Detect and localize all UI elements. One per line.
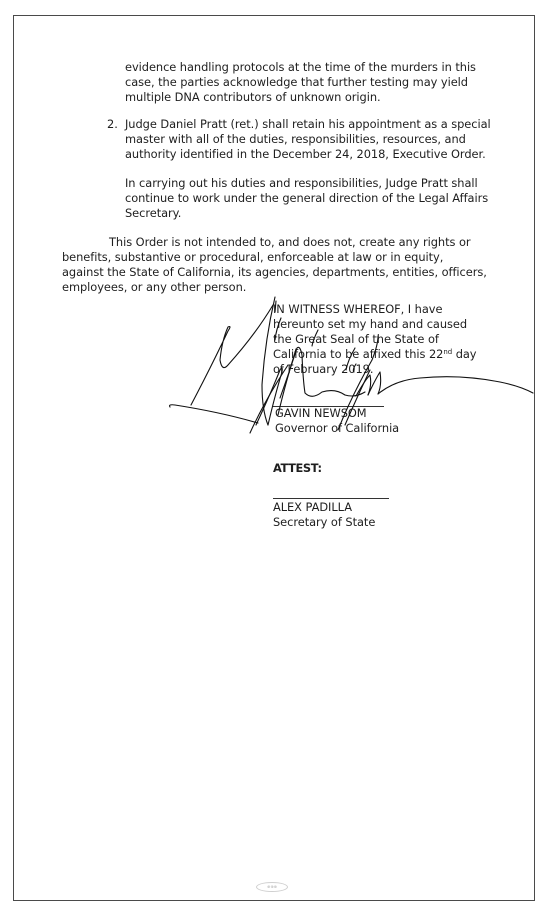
date-text: California to be affixed this 22	[273, 347, 443, 361]
text-line: Secretary.	[125, 206, 181, 221]
text-line: of February 2019.	[273, 362, 373, 377]
text-line: employees, or any other person.	[62, 280, 246, 295]
text-line: This Order is not intended to, and does …	[109, 235, 471, 250]
text-line: master with all of the duties, responsib…	[125, 132, 466, 147]
text-line: evidence handling protocols at the time …	[125, 60, 476, 75]
text-line: hereunto set my hand and caused	[273, 317, 467, 332]
attest-signature-line	[273, 498, 389, 499]
date-text-suffix: day	[452, 347, 476, 361]
text-line: the Great Seal of the State of	[273, 332, 439, 347]
text-line: case, the parties acknowledge that furth…	[125, 75, 468, 90]
governor-title: Governor of California	[275, 421, 399, 436]
governor-name: GAVIN NEWSOM	[275, 406, 367, 421]
text-line: California to be affixed this 22nd day	[273, 347, 477, 362]
list-number: 2.	[107, 117, 118, 132]
secretary-title: Secretary of State	[273, 515, 375, 530]
text-line: IN WITNESS WHEREOF, I have	[273, 302, 442, 317]
text-line: Judge Daniel Pratt (ret.) shall retain h…	[125, 117, 491, 132]
text-line: In carrying out his duties and responsib…	[125, 176, 478, 191]
text-line: benefits, substantive or procedural, enf…	[62, 250, 443, 265]
secretary-name: ALEX PADILLA	[273, 500, 352, 515]
text-line: authority identified in the December 24,…	[125, 147, 486, 162]
text-line: continue to work under the general direc…	[125, 191, 488, 206]
attest-label: ATTEST:	[273, 461, 322, 476]
union-bug-seal-icon: ⊕⊕⊕	[256, 882, 288, 892]
ordinal-suffix: nd	[443, 348, 452, 356]
text-line: against the State of California, its age…	[62, 265, 487, 280]
text-line: multiple DNA contributors of unknown ori…	[125, 90, 381, 105]
